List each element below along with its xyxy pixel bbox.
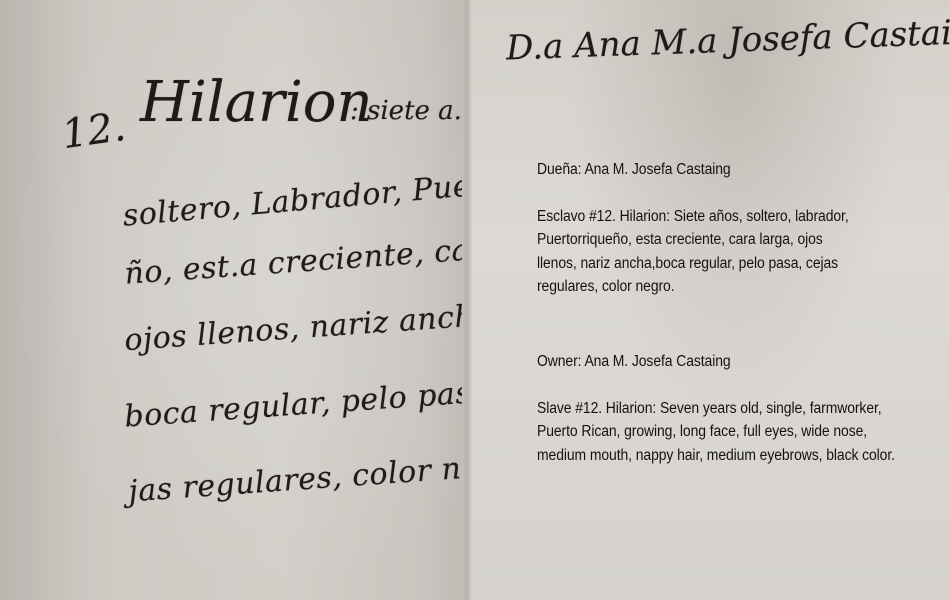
entry-line-english: Slave #12. Hilarion: Seven years old, si… [537,397,897,421]
owner-line-english: Owner: Ana M. Josefa Castaing [537,350,897,374]
entry-line-spanish: regulares, color negro. [537,275,897,299]
spanish-transcription: Dueña: Ana M. Josefa Castaing Esclavo #1… [537,158,897,299]
entry-number: 12. [59,104,128,158]
handwritten-name: Hilarion [140,70,373,135]
book-spine [462,0,472,600]
entry-line-spanish: Puertorriqueño, esta creciente, cara lar… [537,228,897,252]
right-manuscript-page [472,0,950,600]
english-transcription: Owner: Ana M. Josefa Castaing Slave #12.… [537,350,897,467]
entry-line-spanish: llenos, nariz ancha,boca regular, pelo p… [537,252,897,276]
handwritten-age: : siete a.s [350,96,475,126]
owner-line-spanish: Dueña: Ana M. Josefa Castaing [537,158,897,182]
entry-line-spanish: Esclavo #12. Hilarion: Siete años, solte… [537,205,897,229]
entry-line-english: Puerto Rican, growing, long face, full e… [537,420,897,444]
entry-line-english: medium mouth, nappy hair, medium eyebrow… [537,444,897,468]
handwritten-line: ojos llenos, nariz ancha, [123,297,503,358]
left-manuscript-page: 12. Hilarion : siete a.s soltero, Labrad… [0,0,470,600]
